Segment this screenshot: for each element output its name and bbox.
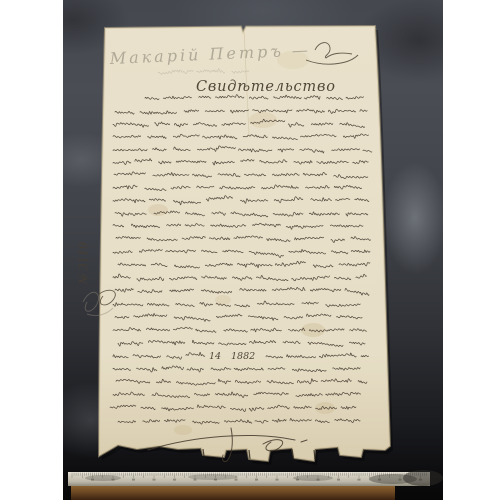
ruler-number-smudge xyxy=(358,479,361,481)
margin-number: № 3119 xyxy=(77,242,90,285)
ruler-smudge xyxy=(188,474,238,480)
date-fragment-year: 1882 xyxy=(231,351,255,362)
wooden-ruler-base xyxy=(71,486,395,500)
ruler-layer xyxy=(68,470,443,500)
photograph-of-manuscript: Макарій Петръ — Свидѣтельство № 3119 14 … xyxy=(63,0,443,500)
ruler-number-smudge xyxy=(132,479,135,481)
manuscript-photo-scene: Макарій Петръ — Свидѣтельство № 3119 14 … xyxy=(63,0,443,500)
ruler-number-smudge xyxy=(153,479,156,481)
ruler-number-smudge xyxy=(255,479,258,481)
ruler-smudge xyxy=(293,475,333,481)
document-heading: Свидѣтельство xyxy=(196,79,336,95)
date-fragment-day: 14 xyxy=(209,351,221,362)
ruler-number-smudge xyxy=(235,479,238,481)
margin-pencil-flourish xyxy=(83,292,99,311)
foxing-spot xyxy=(148,204,168,216)
page-background: Макарій Петръ — Свидѣтельство № 3119 14 … xyxy=(0,0,500,500)
foxing-spot xyxy=(174,425,192,435)
ruler-number-smudge xyxy=(173,479,176,481)
ruler-number-smudge xyxy=(276,479,279,481)
ruler-number-smudge xyxy=(337,479,340,481)
ruler-smudge xyxy=(85,475,121,481)
ruler-top-bevel xyxy=(68,472,430,473)
ruler-smudge xyxy=(403,470,443,486)
